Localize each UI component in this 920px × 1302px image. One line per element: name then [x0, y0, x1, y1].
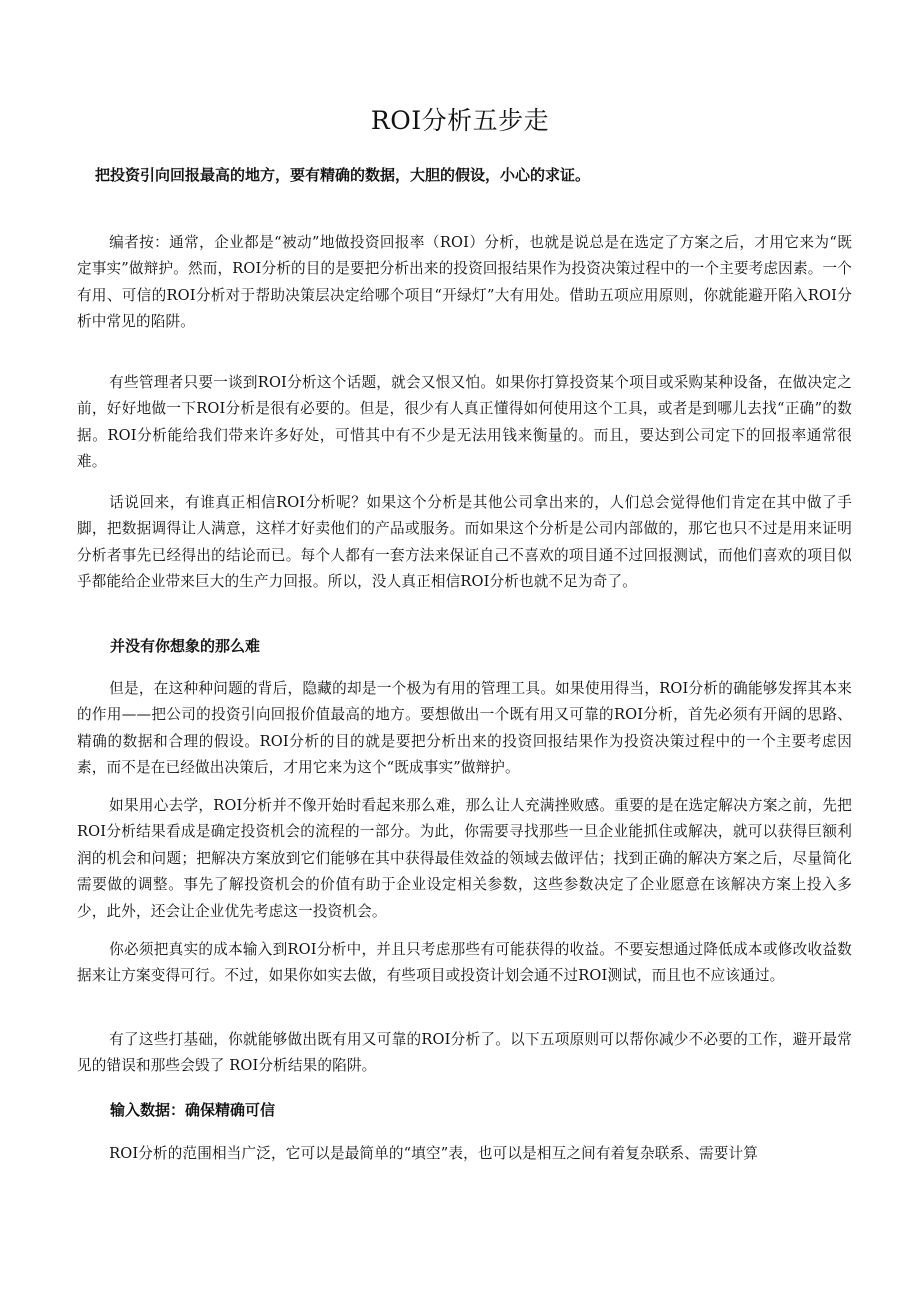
editor-note-paragraph: 编者按：通常，企业都是“被动”地做投资回报率（ROI）分析，也就是说总是在选定了… [77, 230, 852, 336]
body-paragraph: 如果用心去学，ROI分析并不像开始时看起来那么难，那么让人充满挫败感。重要的是在… [77, 793, 852, 925]
section-heading: 并没有你想象的那么难 [110, 634, 260, 658]
body-paragraph: 你必须把真实的成本输入到ROI分析中，并且只考虑那些有可能获得的收益。不要妄想通… [77, 937, 852, 990]
document-subtitle: 把投资引向回报最高的地方，要有精确的数据，大胆的假设，小心的求证。 [95, 163, 590, 187]
section-heading: 输入数据：确保精确可信 [110, 1098, 275, 1122]
body-paragraph: 话说回来，有谁真正相信ROI分析呢？如果这个分析是其他公司拿出来的，人们总会觉得… [77, 490, 852, 596]
document-page: ROI分析五步走 把投资引向回报最高的地方，要有精确的数据，大胆的假设，小心的求… [0, 0, 920, 1302]
document-title: ROI分析五步走 [0, 103, 920, 139]
body-paragraph: 有了这些打基础，你就能够做出既有用又可靠的ROI分析了。以下五项原则可以帮你减少… [77, 1027, 852, 1080]
body-paragraph: 但是，在这种种问题的背后，隐藏的却是一个极为有用的管理工具。如果使用得当，ROI… [77, 676, 852, 782]
body-paragraph: ROI分析的范围相当广泛，它可以是最简单的“填空”表，也可以是相互之间有着复杂联… [77, 1141, 852, 1167]
body-paragraph: 有些管理者只要一谈到ROI分析这个话题，就会又恨又怕。如果你打算投资某个项目或采… [77, 370, 852, 476]
